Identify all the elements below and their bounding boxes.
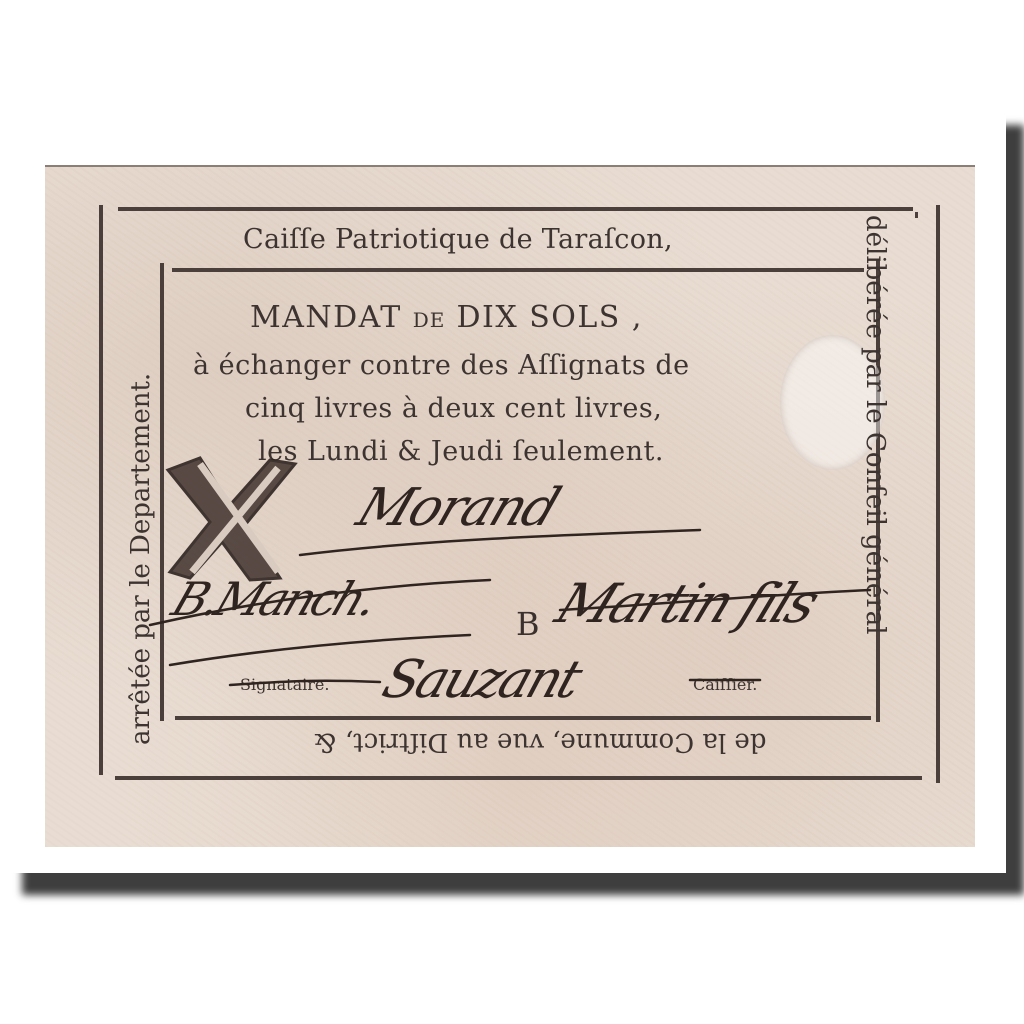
signature-flourish-strokes xyxy=(0,0,1024,1024)
